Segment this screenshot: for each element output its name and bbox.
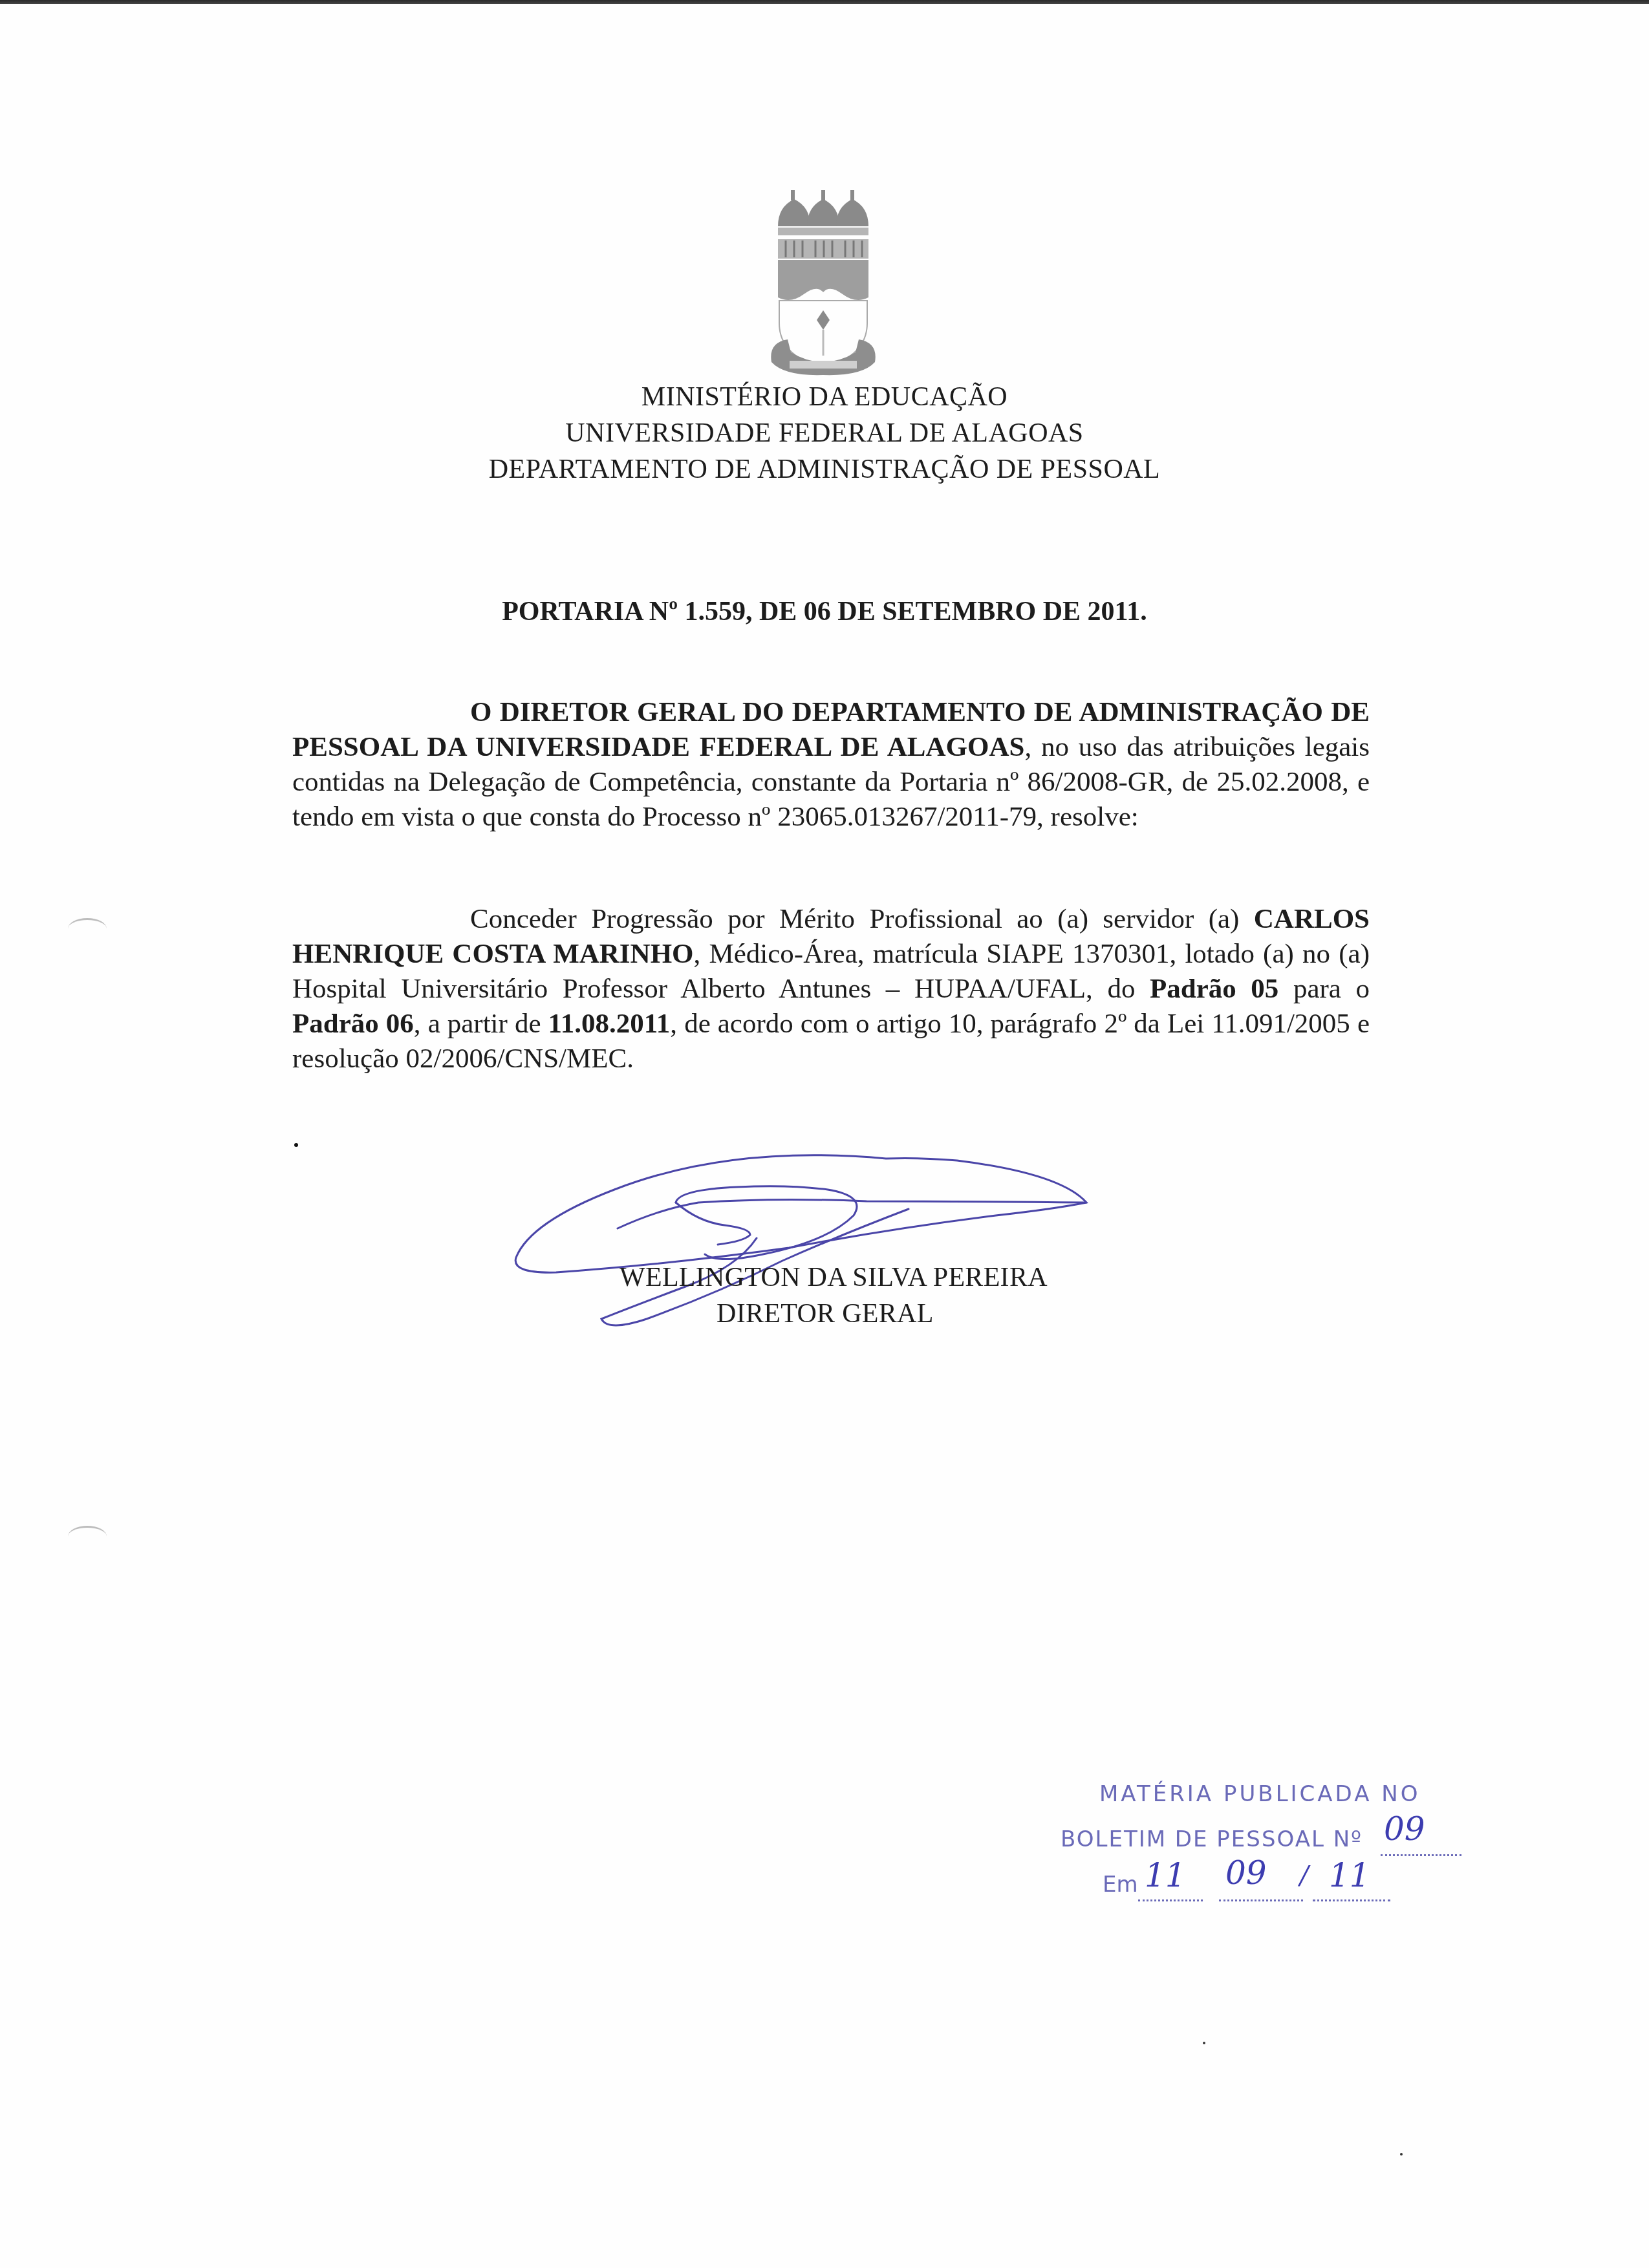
stamp-month: 09 (1225, 1854, 1267, 1892)
document-page: MINISTÉRIO DA EDUCAÇÃO UNIVERSIDADE FEDE… (0, 0, 1649, 2268)
bulletin-number: 09 (1384, 1810, 1425, 1848)
stamp-line-2: BOLETIM DE PESSOAL Nº (1061, 1826, 1363, 1852)
ordinance-title: PORTARIA Nº 1.559, DE 06 DE SETEMBRO DE … (0, 596, 1649, 627)
scan-speck (1400, 2153, 1403, 2156)
stamp-line-1: MATÉRIA PUBLICADA NO (1099, 1781, 1420, 1807)
letterhead-department: DEPARTAMENTO DE ADMINISTRAÇÃO DE PESSOAL (0, 453, 1649, 486)
punch-hole-mark (68, 1526, 107, 1547)
publication-stamp: MATÉRIA PUBLICADA NO BOLETIM DE PESSOAL … (1054, 1778, 1468, 1920)
resolution-paragraph: Conceder Progressão por Mérito Profissio… (292, 902, 1370, 1076)
level-to: Padrão 06 (292, 1009, 414, 1039)
university-crest-icon (765, 187, 881, 378)
scan-top-edge (0, 0, 1649, 4)
resolution-text: Conceder Progressão por Mérito Profissio… (470, 904, 1254, 934)
punch-hole-mark (68, 918, 107, 939)
scan-speck (1203, 2042, 1205, 2044)
stray-dot (294, 1143, 298, 1147)
resolution-text: para o (1278, 974, 1370, 1004)
effective-date: 11.08.2011 (548, 1009, 671, 1039)
level-from: Padrão 05 (1150, 974, 1278, 1004)
signatory-name: WELLINGTON DA SILVA PEREIRA (620, 1262, 1048, 1293)
preamble-paragraph: O DIRETOR GERAL DO DEPARTAMENTO DE ADMIN… (292, 695, 1370, 835)
date-separator: / (1300, 1861, 1308, 1890)
stamp-year: 11 (1329, 1857, 1370, 1894)
stamp-date-prefix: Em (1103, 1872, 1138, 1898)
signatory-role: DIRETOR GERAL (717, 1298, 934, 1329)
letterhead-university: UNIVERSIDADE FEDERAL DE ALAGOAS (0, 416, 1649, 450)
letterhead-ministry: MINISTÉRIO DA EDUCAÇÃO (0, 380, 1649, 414)
stamp-day: 11 (1145, 1857, 1186, 1894)
resolution-text: , a partir de (414, 1009, 548, 1039)
